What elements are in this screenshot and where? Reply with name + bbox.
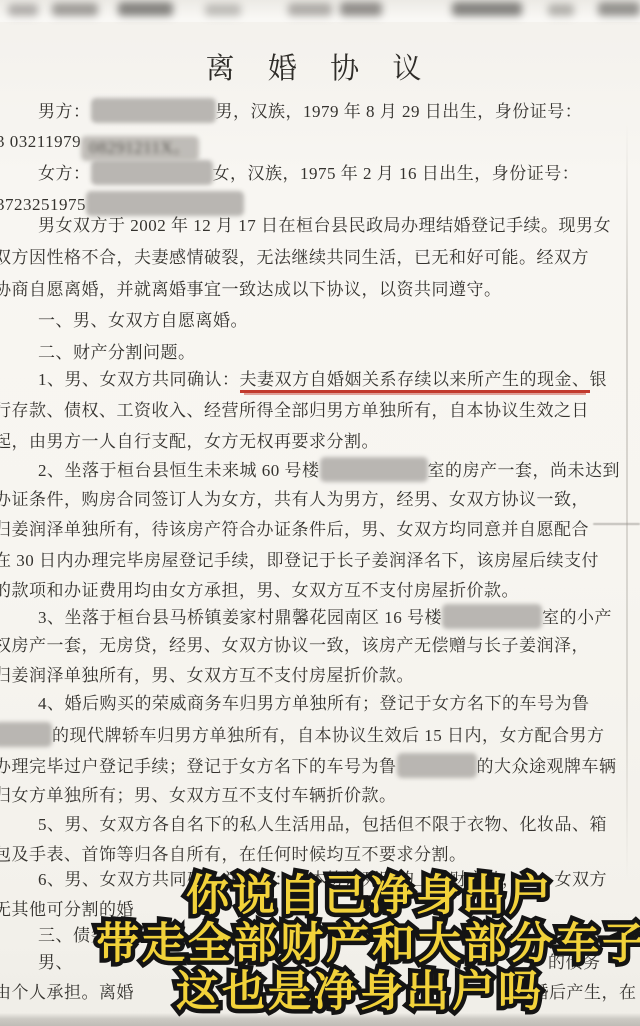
doc-text: 银: [590, 370, 608, 389]
doc-line: 3、坐落于桓台县马桥镇姜家村鼎馨花园南区 16 号楼室的小产: [38, 604, 612, 628]
pen-mark-artifact: [593, 523, 640, 525]
blurred-id-text: 08291211X。: [81, 136, 199, 161]
photo-blur-artifact: [52, 3, 98, 16]
doc-line: 1、男、女双方共同确认：夫妻双方自婚姻关系存续以来所产生的现金、银: [38, 368, 607, 392]
doc-text: 起，由男方一人自行支配，女方无权再要求分割。: [0, 432, 379, 451]
photo-blur-artifact: [205, 4, 241, 16]
doc-text: 二、财产分割问题。: [38, 343, 196, 362]
doc-text: 女方：: [38, 164, 91, 183]
doc-line: 权房产一套，无房贷，经男、女双方协议一致，该房产无偿赠与长子姜润泽，: [0, 634, 589, 658]
doc-text: 女，汉族，1975 年 2 月 16 日出生，身份证号：: [213, 164, 580, 183]
doc-text: 的现代牌轿车归男方单独所有，自本协议生效后 15 日内，女方配合男方: [52, 726, 605, 745]
doc-text: 权房产一套，无房贷，经男、女双方协议一致，该房产无偿赠与长子姜润泽，: [0, 636, 589, 655]
redaction-box: [397, 753, 477, 778]
photo-blur-artifact: [548, 4, 574, 16]
doc-text: 办证条件，购房合同签订人为女方，共有人为男方，经男、女双方协议一致，: [0, 490, 589, 509]
doc-line: 归女方单独所有；男、女双方互不支付车辆折价款。: [0, 784, 397, 808]
red-underlined-text: 夫妻双方自婚姻关系存续以来所产生的现金、: [240, 370, 590, 393]
caption-line: 你说自己净身出户: [50, 872, 640, 920]
doc-line: 在 30 日内办理完毕房屋登记手续，即登记于长子姜润泽名下，该房屋后续支付: [0, 549, 599, 573]
doc-line: 办理完毕过户登记手续；登记于女方名下的车号为鲁的大众途观牌车辆: [0, 753, 617, 777]
doc-line: 归姜润泽单独所有，男、女双方互不支付房屋折价款。: [0, 664, 414, 688]
doc-text: 的款项和办证费用均由女方承担，男、女双方互不支付房屋折价款。: [0, 581, 519, 600]
redaction-box: [86, 191, 244, 216]
doc-text: 办理完毕过户登记手续；登记于女方名下的车号为鲁: [0, 757, 397, 776]
photo-blur-artifact: [340, 2, 382, 16]
doc-line: 起，由男方一人自行支配，女方无权再要求分割。: [0, 430, 379, 454]
blurred-page-strip: [0, 0, 640, 22]
redaction-box: [91, 98, 216, 123]
doc-line: 双方因性格不合，夫妻感情破裂，无法继续共同生活，已无和好可能。经双方: [0, 246, 589, 270]
doc-text: 3 03211979: [0, 132, 81, 151]
doc-line: 归姜润泽单独所有，待该房产符合办证条件后，男、女双方均同意并自愿配合: [0, 518, 589, 542]
doc-text: 室的小产: [542, 608, 612, 627]
redaction-box: [320, 457, 428, 482]
doc-text: 男方：: [38, 102, 91, 121]
doc-line: 二、财产分割问题。: [38, 341, 196, 365]
doc-line: 5、男、女双方各自名下的私人生活用品，包括但不限于衣物、化妆品、箱: [38, 813, 607, 837]
doc-text: 归姜润泽单独所有，待该房产符合办证条件后，男、女双方均同意并自愿配合: [0, 520, 589, 539]
doc-line: 男方：男，汉族，1979 年 8 月 29 日出生，身份证号：: [38, 98, 582, 122]
doc-text: 2、坐落于桓台县恒生未来城 60 号楼: [38, 461, 320, 480]
doc-line: 的款项和办证费用均由女方承担，男、女双方互不支付房屋折价款。: [0, 579, 519, 603]
doc-line: 办证条件，购房合同签订人为女方，共有人为男方，经男、女双方协议一致，: [0, 488, 589, 512]
redaction-box: [442, 604, 542, 629]
doc-line: 女方：女，汉族，1975 年 2 月 16 日出生，身份证号：: [38, 160, 579, 184]
doc-text: 男，汉族，1979 年 8 月 29 日出生，身份证号：: [216, 102, 583, 121]
doc-text: 归女方单独所有；男、女双方互不支付车辆折价款。: [0, 786, 397, 805]
doc-text: 归姜润泽单独所有，男、女双方互不支付房屋折价款。: [0, 666, 414, 685]
redaction-box: [91, 160, 213, 185]
doc-line: 3723251975: [0, 191, 244, 215]
caption-line: 这也是净身出户吗: [40, 968, 640, 1016]
redaction-box: [0, 722, 52, 747]
page-edge-shading: [626, 120, 628, 880]
doc-line: 男女双方于 2002 年 12 月 17 日在桓台县民政局办理结婚登记手续。现男…: [38, 214, 611, 238]
photo-blur-artifact: [288, 3, 332, 16]
photo-blur-artifact: [452, 2, 522, 16]
doc-title: 离 婚 协 议: [0, 46, 640, 87]
doc-line: 4、婚后购买的荣威商务车归男方单独所有；登记于女方名下的车号为鲁: [38, 692, 590, 716]
doc-text: 在 30 日内办理完毕房屋登记手续，即登记于长子姜润泽名下，该房屋后续支付: [0, 551, 599, 570]
photo-blur-artifact: [8, 4, 38, 16]
doc-text: 一、男、女双方自愿离婚。: [38, 311, 248, 330]
doc-text: 4、婚后购买的荣威商务车归男方单独所有；登记于女方名下的车号为鲁: [38, 694, 590, 713]
doc-line: 3 0321197908291211X。: [0, 130, 199, 154]
doc-line: 的现代牌轿车归男方单独所有，自本协议生效后 15 日内，女方配合男方: [0, 722, 605, 746]
doc-line: 行存款、债权、工资收入、经营所得全部归男方单独所有，自本协议生效之日: [0, 399, 589, 423]
photo-blur-artifact: [598, 2, 640, 16]
photo-blur-artifact: [118, 2, 173, 16]
doc-line: 2、坐落于桓台县恒生未来城 60 号楼室的房产一套，尚未达到: [38, 457, 620, 481]
caption-line: 带走全部财产和大部分车子: [52, 920, 640, 968]
doc-text: 3723251975: [0, 195, 86, 214]
doc-text: 协商自愿离婚，并就离婚事宜一致达成以下协议，以资共同遵守。: [0, 280, 502, 299]
doc-text: 3、坐落于桓台县马桥镇姜家村鼎馨花园南区 16 号楼: [38, 608, 442, 627]
doc-text: 5、男、女双方各自名下的私人生活用品，包括但不限于衣物、化妆品、箱: [38, 815, 607, 834]
doc-text: 的大众途观牌车辆: [477, 757, 617, 776]
doc-text: 1、男、女双方共同确认：: [38, 370, 240, 389]
document-photo: 离 婚 协 议 男方：男，汉族，1979 年 8 月 29 日出生，身份证号：3…: [0, 0, 640, 1026]
doc-text: 男女双方于 2002 年 12 月 17 日在桓台县民政局办理结婚登记手续。现男…: [38, 216, 611, 235]
doc-line: 一、男、女双方自愿离婚。: [38, 309, 248, 333]
doc-text: 室的房产一套，尚未达到: [428, 461, 621, 480]
doc-text: 包及手表、首饰等归各自所有，在任何时候均互不要求分割。: [0, 845, 467, 864]
doc-text: 双方因性格不合，夫妻感情破裂，无法继续共同生活，已无和好可能。经双方: [0, 248, 589, 267]
doc-line: 协商自愿离婚，并就离婚事宜一致达成以下协议，以资共同遵守。: [0, 278, 502, 302]
doc-text: 行存款、债权、工资收入、经营所得全部归男方单独所有，自本协议生效之日: [0, 401, 589, 420]
doc-line: 包及手表、首饰等归各自所有，在任何时候均互不要求分割。: [0, 843, 467, 867]
